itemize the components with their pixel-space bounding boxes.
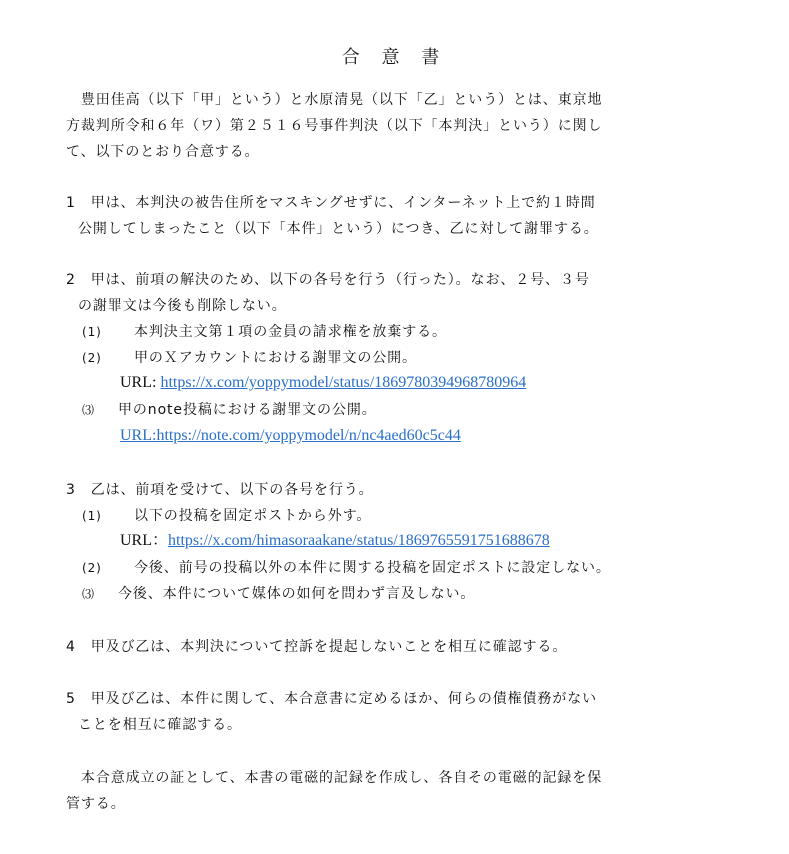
clause-1-line-2: 公開してしまったこと（以下「本件」という）につき、乙に対して謝罪する。 xyxy=(78,219,599,239)
clause-2-item-3: ⑶甲のnote投稿における謝罪文の公開。 xyxy=(82,400,377,420)
x-apology-link[interactable]: https://x.com/yoppymodel/status/18697803… xyxy=(160,374,526,391)
clause-1-line-1: 1 甲は、本判決の被告住所をマスキングせずに、インターネット上で約１時間 xyxy=(66,193,596,213)
clause-5-line-2: ことを相互に確認する。 xyxy=(78,715,242,735)
item-marker: (2) xyxy=(82,558,134,578)
item-marker: (2) xyxy=(82,348,134,368)
document-title: 合 意 書 xyxy=(0,46,789,70)
clause-4: 4 甲及び乙は、本判決について控訴を提起しないことを相互に確認する。 xyxy=(66,637,567,657)
item-text: 本判決主文第１項の金員の請求権を放棄する。 xyxy=(134,324,447,340)
preamble-line-1: 豊田佳高（以下「甲」という）と水原清晃（以下「乙」という）とは、東京地 xyxy=(66,90,602,110)
item-text: 甲のＸアカウントにおける謝罪文の公開。 xyxy=(134,350,417,366)
clause-3-item-3: ⑶今後、本件について媒体の如何を問わず言及しない。 xyxy=(82,584,475,604)
clause-2-line-2: の謝罪文は今後も削除しない。 xyxy=(78,296,287,316)
clause-3-line-1: 3 乙は、前項を受けて、以下の各号を行う。 xyxy=(66,480,374,500)
clause-3-item-1-url-line: URL：https://x.com/himasoraakane/status/1… xyxy=(120,531,550,551)
clause-3-item-1: (1)以下の投稿を固定ポストから外す。 xyxy=(82,506,371,526)
preamble-line-2: 方裁判所令和６年（ワ）第２５１６号事件判決（以下「本判決」という）に関し xyxy=(66,116,602,136)
clause-5-line-1: 5 甲及び乙は、本件に関して、本合意書に定めるほか、何らの債権債務がない xyxy=(66,689,597,709)
item-marker: (1) xyxy=(82,506,134,526)
item-text: 今後、前号の投稿以外の本件に関する投稿を固定ポストに設定しない。 xyxy=(134,560,611,576)
item-text: 甲のnote投稿における謝罪文の公開。 xyxy=(118,402,377,418)
url-label: URL： xyxy=(120,532,168,549)
item-text: 以下の投稿を固定ポストから外す。 xyxy=(134,508,371,524)
note-apology-link[interactable]: URL:https://note.com/yoppymodel/n/nc4aed… xyxy=(120,427,461,444)
clause-2-item-3-url-line: URL:https://note.com/yoppymodel/n/nc4aed… xyxy=(120,426,461,446)
item-text: 今後、本件について媒体の如何を問わず言及しない。 xyxy=(118,586,475,602)
url-label: URL: xyxy=(120,374,160,391)
clause-2-item-2: (2)甲のＸアカウントにおける謝罪文の公開。 xyxy=(82,348,417,368)
clause-3-item-2: (2)今後、前号の投稿以外の本件に関する投稿を固定ポストに設定しない。 xyxy=(82,558,611,578)
clause-2-item-1: (1)本判決主文第１項の金員の請求権を放棄する。 xyxy=(82,322,447,342)
item-marker: ⑶ xyxy=(82,400,118,420)
closing-line-2: 管する。 xyxy=(66,794,126,814)
clause-2-item-2-url-line: URL: https://x.com/yoppymodel/status/186… xyxy=(120,373,526,393)
preamble-line-3: て、以下のとおり合意する。 xyxy=(66,142,259,162)
item-marker: (1) xyxy=(82,322,134,342)
item-marker: ⑶ xyxy=(82,584,118,604)
closing-line-1: 本合意成立の証として、本書の電磁的記録を作成し、各自その電磁的記録を保 xyxy=(66,768,602,788)
fixed-post-link[interactable]: https://x.com/himasoraakane/status/18697… xyxy=(168,532,550,549)
clause-2-line-1: 2 甲は、前項の解決のため、以下の各号を行う（行った）。なお、２号、３号 xyxy=(66,270,590,290)
